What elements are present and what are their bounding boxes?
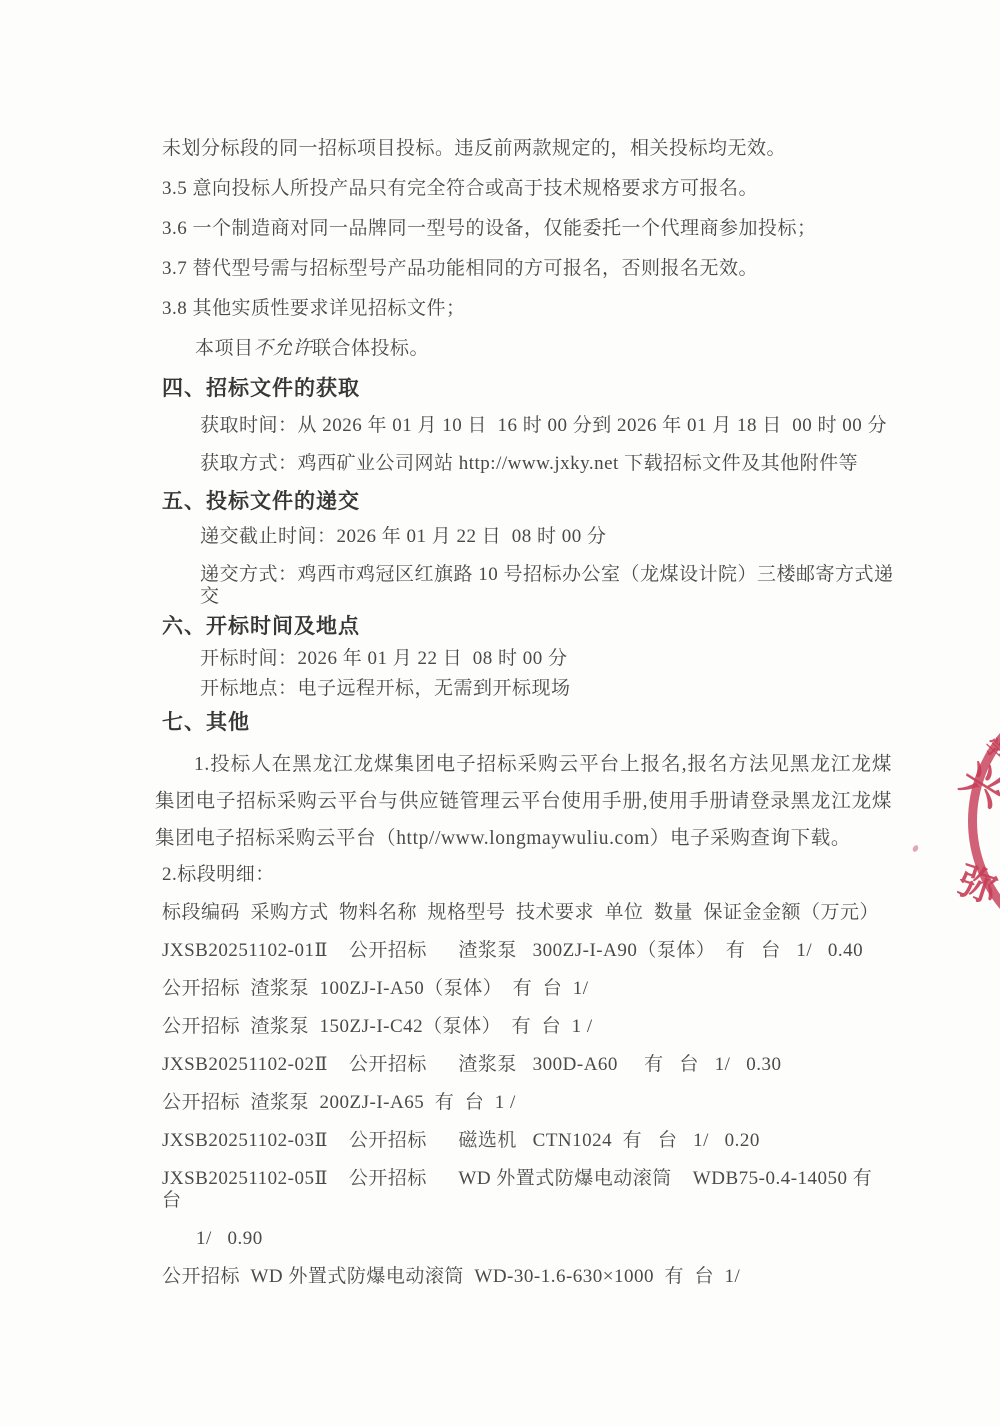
seal-glyph: 兴 bbox=[952, 745, 1000, 818]
red-seal-stamp-fragment: 学 兴 弥 bbox=[952, 678, 1000, 978]
lot-table-row: JXSB20251102-02Ⅱ 公开招标 渣浆泵 300D-A60 有 台 1… bbox=[162, 1054, 895, 1076]
intro-line-4: 3.7 替代型号需与招标型号产品功能相同的方可报名，否则报名无效。 bbox=[162, 258, 895, 280]
lot-table-row: 公开招标 渣浆泵 150ZJ-I-C42（泵体） 有 台 1 / bbox=[162, 1016, 895, 1038]
seal-ring-icon bbox=[968, 684, 1000, 958]
section4-obtain-time: 获取时间：从 2026 年 01 月 10 日 16 时 00 分到 2026 … bbox=[200, 415, 895, 437]
intro-line-2: 3.5 意向投标人所投产品只有完全符合或高于技术规格要求方可报名。 bbox=[162, 178, 895, 200]
seal-glyph: 弥 bbox=[952, 849, 1000, 913]
lot-details-label: 2.标段明细： bbox=[162, 864, 895, 886]
consortium-prefix: 本项目 bbox=[195, 338, 254, 359]
intro-line-5: 3.8 其他实质性要求详见招标文件； bbox=[162, 298, 895, 320]
consortium-suffix: 联合体投标。 bbox=[312, 338, 429, 359]
section7-paragraph: 1.投标人在黑龙江龙煤集团电子招标采购云平台上报名,报名方法见黑龙江龙煤集团电子… bbox=[155, 746, 892, 857]
section5-submission-deadline: 递交截止时间：2026 年 01 月 22 日 08 时 00 分 bbox=[200, 526, 895, 548]
section4-heading: 四、招标文件的获取 bbox=[162, 375, 895, 401]
lot-table-row-continuation: 1/ 0.90 bbox=[196, 1228, 895, 1250]
consortium-note: 本项目不允许联合体投标。 bbox=[195, 338, 895, 360]
section7-heading: 七、其他 bbox=[162, 709, 895, 735]
tender-document-page: 未划分标段的同一招标项目投标。违反前两款规定的，相关投标均无效。 3.5 意向投… bbox=[0, 0, 1000, 1426]
lot-table-row: 公开招标 渣浆泵 200ZJ-I-A65 有 台 1 / bbox=[162, 1092, 895, 1114]
lot-table-row: 公开招标 WD 外置式防爆电动滚筒 WD-30-1.6-630×1000 有 台… bbox=[162, 1266, 895, 1288]
lot-table-row: 公开招标 渣浆泵 100ZJ-I-A50（泵体） 有 台 1/ bbox=[162, 978, 895, 1000]
section6-opening-place: 开标地点：电子远程开标，无需到开标现场 bbox=[200, 678, 895, 700]
section6-heading: 六、开标时间及地点 bbox=[162, 613, 895, 639]
seal-ink-speck bbox=[912, 844, 920, 853]
lot-table-row: JXSB20251102-03Ⅱ 公开招标 磁选机 CTN1024 有 台 1/… bbox=[162, 1130, 895, 1152]
section5-heading: 五、投标文件的递交 bbox=[162, 488, 895, 514]
lot-table-header: 标段编码 采购方式 物料名称 规格型号 技术要求 单位 数量 保证金金额（万元） bbox=[162, 902, 895, 924]
intro-line-3: 3.6 一个制造商对同一品牌同一型号的设备，仅能委托一个代理商参加投标； bbox=[162, 218, 895, 240]
section4-obtain-method: 获取方式：鸡西矿业公司网站 http://www.jxky.net 下载招标文件… bbox=[200, 453, 895, 475]
seal-glyph: 学 bbox=[979, 730, 1000, 765]
lot-table-row: JXSB20251102-01Ⅱ 公开招标 渣浆泵 300ZJ-I-A90（泵体… bbox=[162, 940, 895, 962]
intro-line-1: 未划分标段的同一招标项目投标。违反前两款规定的，相关投标均无效。 bbox=[162, 138, 895, 160]
section6-opening-time: 开标时间：2026 年 01 月 22 日 08 时 00 分 bbox=[200, 648, 895, 670]
lot-table-row: JXSB20251102-05Ⅱ 公开招标 WD 外置式防爆电动滚筒 WDB75… bbox=[162, 1168, 895, 1212]
document-content: 未划分标段的同一招标项目投标。违反前两款规定的，相关投标均无效。 3.5 意向投… bbox=[162, 138, 895, 1288]
section5-submission-method: 递交方式：鸡西市鸡冠区红旗路 10 号招标办公室（龙煤设计院）三楼邮寄方式递交 bbox=[200, 564, 895, 608]
consortium-emphasis: 不允许 bbox=[254, 338, 313, 359]
